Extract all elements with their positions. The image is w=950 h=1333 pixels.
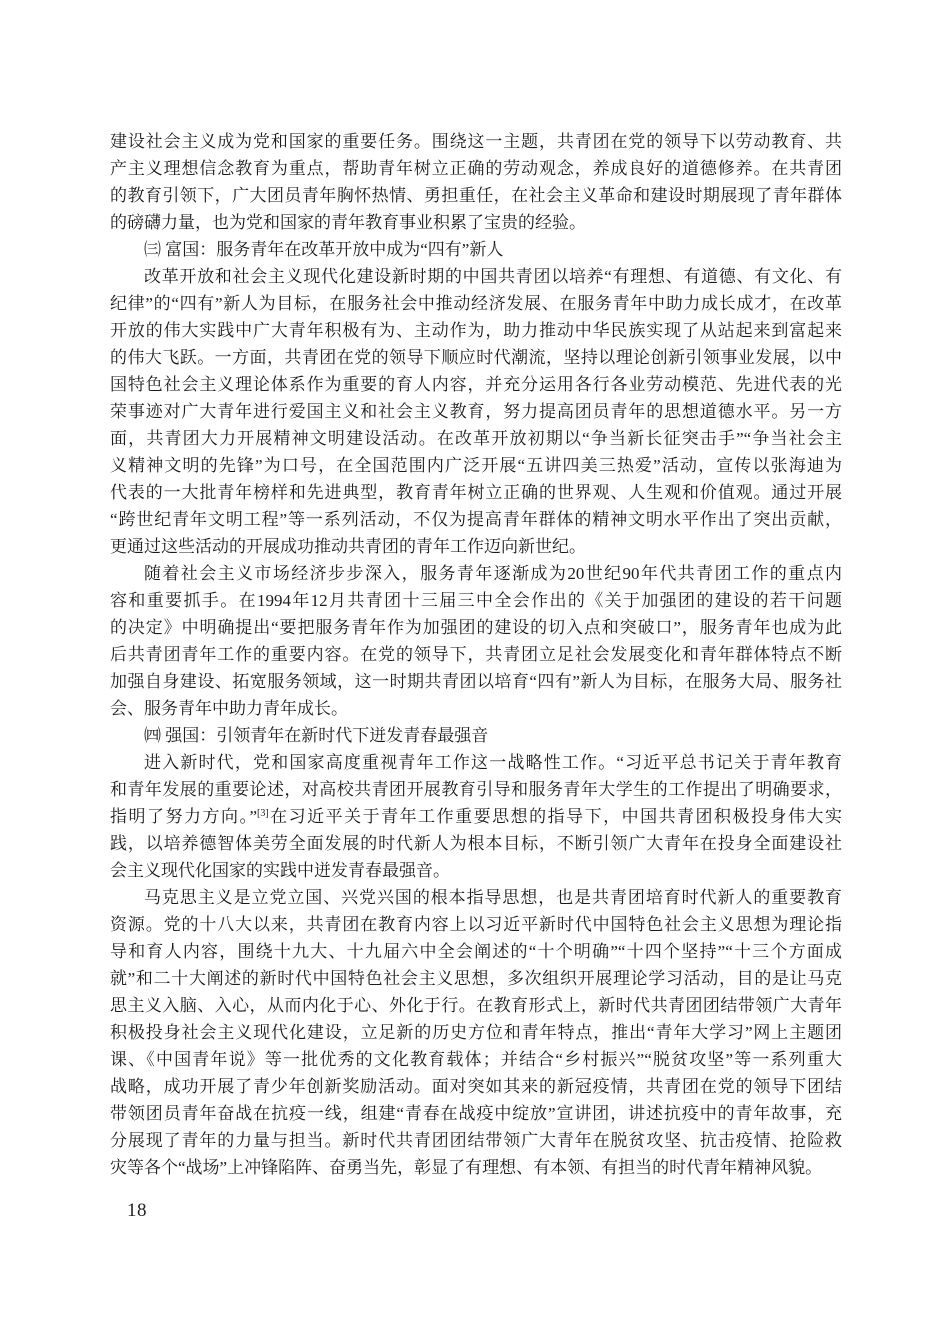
text-segment: 资源。党的十八大以来，共青团在教育内容上以习近平新时代中国特色社会主义思想为理论… bbox=[110, 915, 842, 934]
text-line: 会主义现代化国家的实践中迸发青春最强音。 bbox=[110, 857, 842, 884]
text-line: 战略，成功开展了青少年创新奖励活动。面对突如其来的新冠疫情，共青团在党的领导下团… bbox=[110, 1073, 842, 1100]
section-heading: ㈢ 富国：服务青年在改革开放中成为“四有”新人 bbox=[110, 236, 842, 263]
text-line: 建设社会主义成为党和国家的重要任务。围绕这一主题，共青团在党的领导下以劳动教育、… bbox=[110, 128, 842, 155]
text-segment: 更通过这些活动的开展成功推动共青团的青年工作迈向新世纪。 bbox=[110, 537, 586, 556]
paragraph: 马克思主义是立党立国、兴党兴国的根本指导思想，也是共青团培育时代新人的重要教育资… bbox=[110, 884, 842, 1181]
text-segment: 马克思主义是立党立国、兴党兴国的根本指导思想，也是共青团培育时代新人的重要教育 bbox=[144, 888, 842, 907]
paragraph: 进入新时代，党和国家高度重视青年工作这一战略性工作。“习近平总书记关于青年教育和… bbox=[110, 749, 842, 884]
text-segment: 面，共青团大力开展精神文明建设活动。在改革开放初期以“争当新长征突击手”“争当社… bbox=[110, 429, 842, 448]
text-line: 带领团员青年奋战在抗疫一线，组建“青春在战疫中绽放”宣讲团，讲述抗疫中的青年故事… bbox=[110, 1100, 842, 1127]
text-line: 和青年发展的重要论述，对高校共青团开展教育引导和服务青年大学生的工作提出了明确要… bbox=[110, 776, 842, 803]
text-line: 更通过这些活动的开展成功推动共青团的青年工作迈向新世纪。 bbox=[110, 533, 842, 560]
text-segment: 改革开放和社会主义现代化建设新时期的中国共青团以培养“有理想、有道德、有文化、有 bbox=[144, 267, 842, 286]
text-segment: 就”和二十大阐述的新时代中国特色社会主义思想，多次组织开展理论学习活动，目的是让… bbox=[110, 969, 842, 988]
citation-ref-marker: [3] bbox=[257, 808, 269, 819]
text-segment: 开放的伟大实践中广大青年积极有为、主动作为，助力推动中华民族实现了从站起来到富起… bbox=[110, 321, 842, 340]
heading-line: ㈣ 强国：引领青年在新时代下迸发青春最强音 bbox=[110, 722, 842, 749]
text-segment: 践，以培养德智体美劳全面发展的时代新人为根本目标，不断引领广大青年在投身全面建设… bbox=[110, 834, 842, 853]
text-line: 纪律”的“四有”新人为目标，在服务社会中推动经济发展、在服务青年中助力成长成才，… bbox=[110, 290, 842, 317]
text-line: 产主义理想信念教育为重点，帮助青年树立正确的劳动观念，养成良好的道德修养。在共青… bbox=[110, 155, 842, 182]
text-line: 义精神文明的先锋”为口号，在全国范围内广泛开展“五讲四美三热爱”活动，宣传以张海… bbox=[110, 452, 842, 479]
text-segment: 建设社会主义成为党和国家的重要任务。围绕这一主题，共青团在党的领导下以劳动教育、… bbox=[110, 132, 842, 151]
heading-line: ㈢ 富国：服务青年在改革开放中成为“四有”新人 bbox=[110, 236, 842, 263]
text-segment: 战略，成功开展了青少年创新奖励活动。面对突如其来的新冠疫情，共青团在党的领导下团… bbox=[110, 1077, 842, 1096]
text-segment: ㈢ 富国：服务青年在改革开放中成为“四有”新人 bbox=[144, 240, 503, 259]
text-segment: 在习近平关于青年工作重要思想的指导下，中国共青团积极投身伟大实 bbox=[269, 807, 842, 826]
text-segment: 带领团员青年奋战在抗疫一线，组建“青春在战疫中绽放”宣讲团，讲述抗疫中的青年故事… bbox=[110, 1104, 842, 1123]
text-line: “跨世纪青年文明工程”等一系列活动，不仅为提高青年群体的精神文明水平作出了突出贡… bbox=[110, 506, 842, 533]
text-segment: 会、服务青年中助力青年成长。 bbox=[110, 699, 348, 718]
text-line: 的教育引领下，广大团员青年胸怀热情、勇担重任，在社会主义革命和建设时期展现了青年… bbox=[110, 182, 842, 209]
text-line: 积极投身社会主义现代化建设，立足新的历史方位和青年特点，推出“青年大学习”网上主… bbox=[110, 1019, 842, 1046]
text-segment: 产主义理想信念教育为重点，帮助青年树立正确的劳动观念，养成良好的道德修养。在共青… bbox=[110, 159, 842, 178]
text-segment: 分展现了青年的力量与担当。新时代共青团团结带领广大青年在脱贫攻坚、抗击疫情、抢险… bbox=[110, 1131, 842, 1150]
text-segment: 课、《中国青年说》等一批优秀的文化教育载体；并结合“乡村振兴”“脱贫攻坚”等一系… bbox=[110, 1050, 842, 1069]
section-heading: ㈣ 强国：引领青年在新时代下迸发青春最强音 bbox=[110, 722, 842, 749]
text-segment: 会主义现代化国家的实践中迸发青春最强音。 bbox=[110, 861, 450, 880]
text-segment: 的磅礴力量，也为党和国家的青年教育事业积累了宝贵的经验。 bbox=[110, 213, 586, 232]
text-segment: “跨世纪青年文明工程”等一系列活动，不仅为提高青年群体的精神文明水平作出了突出贡… bbox=[110, 510, 842, 529]
page-number: 18 bbox=[127, 1200, 147, 1222]
text-line: 资源。党的十八大以来，共青团在教育内容上以习近平新时代中国特色社会主义思想为理论… bbox=[110, 911, 842, 938]
text-line: 面，共青团大力开展精神文明建设活动。在改革开放初期以“争当新长征突击手”“争当社… bbox=[110, 425, 842, 452]
text-segment: 进入新时代，党和国家高度重视青年工作这一战略性工作。“习近平总书记关于青年教育 bbox=[144, 753, 842, 772]
text-segment: 指明了努力方向。” bbox=[110, 807, 257, 826]
text-segment: 的决定》中明确提出“要把服务青年作为加强团的建设的切入点和突破口”，服务青年也成… bbox=[110, 618, 842, 637]
text-line: 践，以培养德智体美劳全面发展的时代新人为根本目标，不断引领广大青年在投身全面建设… bbox=[110, 830, 842, 857]
text-segment: 思主义入脑、入心，从而内化于心、外化于行。在教育形式上，新时代共青团团结带领广大… bbox=[110, 996, 842, 1015]
text-line: 就”和二十大阐述的新时代中国特色社会主义思想，多次组织开展理论学习活动，目的是让… bbox=[110, 965, 842, 992]
text-line: 改革开放和社会主义现代化建设新时期的中国共青团以培养“有理想、有道德、有文化、有 bbox=[110, 263, 842, 290]
text-line: 分展现了青年的力量与担当。新时代共青团团结带领广大青年在脱贫攻坚、抗击疫情、抢险… bbox=[110, 1127, 842, 1154]
document-body: 建设社会主义成为党和国家的重要任务。围绕这一主题，共青团在党的领导下以劳动教育、… bbox=[110, 128, 842, 1181]
text-segment: 国特色社会主义理论体系作为重要的育人内容，并充分运用各行各业劳动模范、先进代表的… bbox=[110, 375, 842, 394]
text-line: 荣事迹对广大青年进行爱国主义和社会主义教育，努力提高团员青年的思想道德水平。另一… bbox=[110, 398, 842, 425]
text-segment: 后共青团青年工作的重要内容。在党的领导下，共青团立足社会发展变化和青年群体特点不… bbox=[110, 645, 842, 664]
text-line: 会、服务青年中助力青年成长。 bbox=[110, 695, 842, 722]
text-line: 马克思主义是立党立国、兴党兴国的根本指导思想，也是共青团培育时代新人的重要教育 bbox=[110, 884, 842, 911]
text-line: 思主义入脑、入心，从而内化于心、外化于行。在教育形式上，新时代共青团团结带领广大… bbox=[110, 992, 842, 1019]
text-line: 加强自身建设、拓宽服务领域，这一时期共青团以培育“四有”新人为目标，在服务大局、… bbox=[110, 668, 842, 695]
text-line: 指明了努力方向。”[3]在习近平关于青年工作重要思想的指导下，中国共青团积极投身… bbox=[110, 803, 842, 830]
text-line: 的伟大飞跃。一方面，共青团在党的领导下顺应时代潮流，坚持以理论创新引领事业发展，… bbox=[110, 344, 842, 371]
paragraph: 改革开放和社会主义现代化建设新时期的中国共青团以培养“有理想、有道德、有文化、有… bbox=[110, 263, 842, 560]
text-line: 灾等各个“战场”上冲锋陷阵、奋勇当先，彰显了有理想、有本领、有担当的时代青年精神… bbox=[110, 1154, 842, 1181]
text-segment: 灾等各个“战场”上冲锋陷阵、奋勇当先，彰显了有理想、有本领、有担当的时代青年精神… bbox=[110, 1158, 822, 1177]
text-line: 随着社会主义市场经济步步深入，服务青年逐渐成为20世纪90年代共青团工作的重点内 bbox=[110, 560, 842, 587]
text-segment: 荣事迹对广大青年进行爱国主义和社会主义教育，努力提高团员青年的思想道德水平。另一… bbox=[110, 402, 842, 421]
text-line: 的决定》中明确提出“要把服务青年作为加强团的建设的切入点和突破口”，服务青年也成… bbox=[110, 614, 842, 641]
paragraph: 随着社会主义市场经济步步深入，服务青年逐渐成为20世纪90年代共青团工作的重点内… bbox=[110, 560, 842, 722]
text-segment: 导和育人内容，围绕十九大、十九届六中全会阐述的“十个明确”“十四个坚持”“十三个… bbox=[110, 942, 842, 961]
text-segment: 义精神文明的先锋”为口号，在全国范围内广泛开展“五讲四美三热爱”活动，宣传以张海… bbox=[110, 456, 842, 475]
text-segment: 容和重要抓手。在1994年12月共青团十三届三中全会作出的《关于加强团的建设的若… bbox=[110, 591, 842, 610]
text-line: 进入新时代，党和国家高度重视青年工作这一战略性工作。“习近平总书记关于青年教育 bbox=[110, 749, 842, 776]
text-segment: ㈣ 强国：引领青年在新时代下迸发青春最强音 bbox=[144, 726, 488, 745]
text-line: 容和重要抓手。在1994年12月共青团十三届三中全会作出的《关于加强团的建设的若… bbox=[110, 587, 842, 614]
text-line: 的磅礴力量，也为党和国家的青年教育事业积累了宝贵的经验。 bbox=[110, 209, 842, 236]
text-line: 代表的一大批青年榜样和先进典型，教育青年树立正确的世界观、人生观和价值观。通过开… bbox=[110, 479, 842, 506]
text-segment: 积极投身社会主义现代化建设，立足新的历史方位和青年特点，推出“青年大学习”网上主… bbox=[110, 1023, 842, 1042]
paragraph: 建设社会主义成为党和国家的重要任务。围绕这一主题，共青团在党的领导下以劳动教育、… bbox=[110, 128, 842, 236]
text-segment: 纪律”的“四有”新人为目标，在服务社会中推动经济发展、在服务青年中助力成长成才，… bbox=[110, 294, 842, 313]
document-page: 建设社会主义成为党和国家的重要任务。围绕这一主题，共青团在党的领导下以劳动教育、… bbox=[0, 0, 950, 1333]
text-segment: 加强自身建设、拓宽服务领域，这一时期共青团以培育“四有”新人为目标，在服务大局、… bbox=[110, 672, 842, 691]
text-segment: 代表的一大批青年榜样和先进典型，教育青年树立正确的世界观、人生观和价值观。通过开… bbox=[110, 483, 842, 502]
text-segment: 的教育引领下，广大团员青年胸怀热情、勇担重任，在社会主义革命和建设时期展现了青年… bbox=[110, 186, 842, 205]
text-line: 课、《中国青年说》等一批优秀的文化教育载体；并结合“乡村振兴”“脱贫攻坚”等一系… bbox=[110, 1046, 842, 1073]
text-segment: 的伟大飞跃。一方面，共青团在党的领导下顺应时代潮流，坚持以理论创新引领事业发展，… bbox=[110, 348, 842, 367]
text-line: 后共青团青年工作的重要内容。在党的领导下，共青团立足社会发展变化和青年群体特点不… bbox=[110, 641, 842, 668]
text-line: 开放的伟大实践中广大青年积极有为、主动作为，助力推动中华民族实现了从站起来到富起… bbox=[110, 317, 842, 344]
text-segment: 随着社会主义市场经济步步深入，服务青年逐渐成为20世纪90年代共青团工作的重点内 bbox=[144, 564, 842, 583]
text-line: 国特色社会主义理论体系作为重要的育人内容，并充分运用各行各业劳动模范、先进代表的… bbox=[110, 371, 842, 398]
text-line: 导和育人内容，围绕十九大、十九届六中全会阐述的“十个明确”“十四个坚持”“十三个… bbox=[110, 938, 842, 965]
text-segment: 和青年发展的重要论述，对高校共青团开展教育引导和服务青年大学生的工作提出了明确要… bbox=[110, 780, 842, 799]
